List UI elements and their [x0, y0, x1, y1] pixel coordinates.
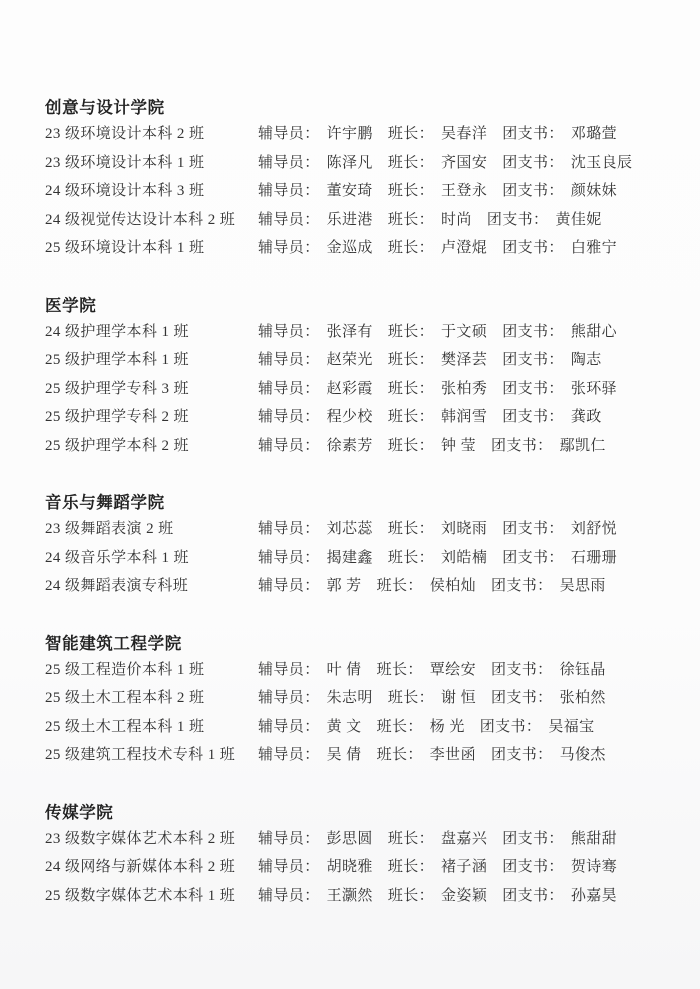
college-section: 医学院 24 级护理学本科 1 班辅导员：张泽有班长：于文硕团支书：熊甜心 25…: [45, 293, 660, 461]
monitor-label: 班长：: [388, 888, 434, 904]
monitor-label: 班长：: [377, 719, 423, 735]
college-section: 音乐与舞蹈学院 23 级舞蹈表演 2 班辅导员：刘芯蕊班长：刘晓雨团支书：刘舒悦…: [45, 490, 660, 601]
secretary-label: 团支书：: [502, 409, 564, 425]
monitor-label: 班长：: [388, 240, 434, 256]
counselor-label: 辅导员：: [258, 888, 320, 904]
counselor-name: 陈泽凡: [327, 155, 373, 171]
monitor-name: 覃绘安: [430, 662, 476, 678]
monitor-name: 刘晓雨: [441, 521, 487, 537]
counselor-name: 郭 芳: [327, 578, 362, 594]
class-name: 25 级土木工程本科 1 班: [45, 713, 258, 742]
officers: 辅导员：揭建鑫班长：刘皓楠团支书：石珊珊: [258, 550, 617, 566]
secretary-label: 团支书：: [491, 662, 553, 678]
class-row: 24 级视觉传达设计本科 2 班辅导员：乐进港班长：时尚团支书：黄佳妮: [45, 206, 660, 235]
monitor-name: 于文硕: [441, 324, 487, 340]
counselor-name: 程少校: [327, 409, 373, 425]
class-name: 23 级数字媒体艺术本科 2 班: [45, 825, 258, 854]
secretary-name: 沈玉良辰: [571, 155, 633, 171]
monitor-label: 班长：: [388, 831, 434, 847]
counselor-label: 辅导员：: [258, 212, 320, 228]
monitor-name: 樊泽芸: [441, 352, 487, 368]
monitor-name: 金姿颖: [441, 888, 487, 904]
secretary-name: 贺诗骞: [571, 859, 617, 875]
college-title: 医学院: [45, 293, 660, 318]
counselor-name: 乐进港: [327, 212, 373, 228]
monitor-label: 班长：: [388, 409, 434, 425]
monitor-name: 吴春洋: [441, 126, 487, 142]
class-row: 24 级环境设计本科 3 班辅导员：董安琦班长：王登永团支书：颜妹妹: [45, 177, 660, 206]
college-section: 传媒学院 23 级数字媒体艺术本科 2 班辅导员：彭思圆班长：盘嘉兴团支书：熊甜…: [45, 800, 660, 911]
secretary-name: 张柏然: [560, 690, 606, 706]
counselor-label: 辅导员：: [258, 662, 320, 678]
college-title: 传媒学院: [45, 800, 660, 825]
officers: 辅导员：刘芯蕊班长：刘晓雨团支书：刘舒悦: [258, 521, 617, 537]
class-row: 23 级环境设计本科 1 班辅导员：陈泽凡班长：齐国安团支书：沈玉良辰: [45, 149, 660, 178]
monitor-label: 班长：: [388, 690, 434, 706]
class-row: 23 级数字媒体艺术本科 2 班辅导员：彭思圆班长：盘嘉兴团支书：熊甜甜: [45, 825, 660, 854]
secretary-label: 团支书：: [491, 438, 553, 454]
officers: 辅导员：王灏然班长：金姿颖团支书：孙嘉昊: [258, 888, 617, 904]
counselor-name: 吴 倩: [327, 747, 362, 763]
secretary-name: 鄢凯仁: [560, 438, 606, 454]
class-row: 25 级护理学专科 2 班辅导员：程少校班长：韩润雪团支书：龚政: [45, 403, 660, 432]
counselor-name: 刘芯蕊: [327, 521, 373, 537]
class-name: 25 级工程造价本科 1 班: [45, 656, 258, 685]
secretary-name: 陶志: [571, 352, 602, 368]
counselor-name: 王灏然: [327, 888, 373, 904]
counselor-label: 辅导员：: [258, 352, 320, 368]
class-name: 24 级网络与新媒体本科 2 班: [45, 853, 258, 882]
counselor-name: 胡晓雅: [327, 859, 373, 875]
class-row: 25 级土木工程本科 2 班辅导员：朱志明班长：谢 恒团支书：张柏然: [45, 684, 660, 713]
secretary-label: 团支书：: [491, 747, 553, 763]
officers: 辅导员：陈泽凡班长：齐国安团支书：沈玉良辰: [258, 155, 632, 171]
counselor-label: 辅导员：: [258, 550, 320, 566]
monitor-label: 班长：: [377, 747, 423, 763]
monitor-name: 张柏秀: [441, 381, 487, 397]
officers: 辅导员：董安琦班长：王登永团支书：颜妹妹: [258, 183, 617, 199]
monitor-name: 王登永: [441, 183, 487, 199]
counselor-label: 辅导员：: [258, 859, 320, 875]
monitor-label: 班长：: [388, 212, 434, 228]
class-row: 25 级护理学本科 1 班辅导员：赵荣光班长：樊泽芸团支书：陶志: [45, 346, 660, 375]
monitor-name: 李世函: [430, 747, 476, 763]
class-name: 23 级环境设计本科 1 班: [45, 149, 258, 178]
officers: 辅导员：金巡成班长：卢澄焜团支书：白雅宁: [258, 240, 617, 256]
class-row: 25 级建筑工程技术专科 1 班辅导员：吴 倩班长：李世函团支书：马俊杰: [45, 741, 660, 770]
secretary-label: 团支书：: [491, 578, 553, 594]
class-name: 25 级数字媒体艺术本科 1 班: [45, 882, 258, 911]
officers: 辅导员：乐进港班长：时尚团支书：黄佳妮: [258, 212, 602, 228]
secretary-name: 龚政: [571, 409, 602, 425]
class-name: 24 级护理学本科 1 班: [45, 318, 258, 347]
secretary-label: 团支书：: [502, 324, 564, 340]
officers: 辅导员：郭 芳班长：侯柏灿团支书：吴思雨: [258, 578, 606, 594]
monitor-name: 谢 恒: [441, 690, 476, 706]
monitor-name: 韩润雪: [441, 409, 487, 425]
officers: 辅导员：赵彩霞班长：张柏秀团支书：张环驿: [258, 381, 617, 397]
secretary-label: 团支书：: [502, 240, 564, 256]
counselor-label: 辅导员：: [258, 155, 320, 171]
counselor-label: 辅导员：: [258, 747, 320, 763]
monitor-label: 班长：: [377, 578, 423, 594]
class-name: 24 级环境设计本科 3 班: [45, 177, 258, 206]
secretary-label: 团支书：: [502, 381, 564, 397]
class-row: 25 级数字媒体艺术本科 1 班辅导员：王灏然班长：金姿颖团支书：孙嘉昊: [45, 882, 660, 911]
class-name: 23 级舞蹈表演 2 班: [45, 515, 258, 544]
officers: 辅导员：彭思圆班长：盘嘉兴团支书：熊甜甜: [258, 831, 617, 847]
monitor-label: 班长：: [388, 183, 434, 199]
college-title: 音乐与舞蹈学院: [45, 490, 660, 515]
section-rows: 25 级工程造价本科 1 班辅导员：叶 倩班长：覃绘安团支书：徐钰晶 25 级土…: [45, 656, 660, 770]
monitor-name: 卢澄焜: [441, 240, 487, 256]
secretary-label: 团支书：: [502, 859, 564, 875]
monitor-name: 时尚: [441, 212, 472, 228]
secretary-name: 张环驿: [571, 381, 617, 397]
monitor-name: 侯柏灿: [430, 578, 476, 594]
class-name: 25 级护理学专科 2 班: [45, 403, 258, 432]
counselor-name: 金巡成: [327, 240, 373, 256]
officers: 辅导员：吴 倩班长：李世函团支书：马俊杰: [258, 747, 606, 763]
monitor-label: 班长：: [388, 381, 434, 397]
secretary-name: 孙嘉昊: [571, 888, 617, 904]
officers: 辅导员：程少校班长：韩润雪团支书：龚政: [258, 409, 602, 425]
college-title: 创意与设计学院: [45, 95, 660, 120]
officers: 辅导员：徐素芳班长：钟 莹团支书：鄢凯仁: [258, 438, 606, 454]
secretary-name: 邓璐萱: [571, 126, 617, 142]
secretary-label: 团支书：: [491, 690, 553, 706]
class-name: 25 级建筑工程技术专科 1 班: [45, 741, 258, 770]
monitor-label: 班长：: [388, 324, 434, 340]
secretary-label: 团支书：: [502, 550, 564, 566]
counselor-name: 徐素芳: [327, 438, 373, 454]
secretary-name: 马俊杰: [560, 747, 606, 763]
monitor-label: 班长：: [388, 550, 434, 566]
officers: 辅导员：黄 文班长：杨 光团支书：吴福宝: [258, 719, 595, 735]
officers: 辅导员：朱志明班长：谢 恒团支书：张柏然: [258, 690, 606, 706]
college-title: 智能建筑工程学院: [45, 631, 660, 656]
secretary-label: 团支书：: [480, 719, 542, 735]
secretary-label: 团支书：: [502, 888, 564, 904]
counselor-label: 辅导员：: [258, 324, 320, 340]
class-name: 25 级护理学本科 2 班: [45, 432, 258, 461]
section-rows: 24 级护理学本科 1 班辅导员：张泽有班长：于文硕团支书：熊甜心 25 级护理…: [45, 318, 660, 461]
counselor-name: 黄 文: [327, 719, 362, 735]
college-section: 智能建筑工程学院 25 级工程造价本科 1 班辅导员：叶 倩班长：覃绘安团支书：…: [45, 631, 660, 770]
class-name: 25 级土木工程本科 2 班: [45, 684, 258, 713]
secretary-name: 吴福宝: [548, 719, 594, 735]
class-row: 24 级音乐学本科 1 班辅导员：揭建鑫班长：刘皓楠团支书：石珊珊: [45, 544, 660, 573]
monitor-name: 盘嘉兴: [441, 831, 487, 847]
monitor-name: 杨 光: [430, 719, 465, 735]
college-section: 创意与设计学院 23 级环境设计本科 2 班辅导员：许宇鹏班长：吴春洋团支书：邓…: [45, 95, 660, 263]
secretary-name: 吴思雨: [560, 578, 606, 594]
secretary-name: 颜妹妹: [571, 183, 617, 199]
monitor-name: 钟 莹: [441, 438, 476, 454]
counselor-label: 辅导员：: [258, 831, 320, 847]
monitor-label: 班长：: [377, 662, 423, 678]
class-name: 24 级音乐学本科 1 班: [45, 544, 258, 573]
counselor-label: 辅导员：: [258, 240, 320, 256]
class-row: 24 级舞蹈表演专科班辅导员：郭 芳班长：侯柏灿团支书：吴思雨: [45, 572, 660, 601]
class-name: 25 级护理学本科 1 班: [45, 346, 258, 375]
document-page: 创意与设计学院 23 级环境设计本科 2 班辅导员：许宇鹏班长：吴春洋团支书：邓…: [0, 0, 700, 989]
section-rows: 23 级环境设计本科 2 班辅导员：许宇鹏班长：吴春洋团支书：邓璐萱 23 级环…: [45, 120, 660, 263]
counselor-label: 辅导员：: [258, 578, 320, 594]
class-name: 23 级环境设计本科 2 班: [45, 120, 258, 149]
counselor-label: 辅导员：: [258, 521, 320, 537]
secretary-name: 石珊珊: [571, 550, 617, 566]
counselor-label: 辅导员：: [258, 381, 320, 397]
class-name: 24 级视觉传达设计本科 2 班: [45, 206, 258, 235]
counselor-name: 彭思圆: [327, 831, 373, 847]
counselor-label: 辅导员：: [258, 126, 320, 142]
class-row: 25 级环境设计本科 1 班辅导员：金巡成班长：卢澄焜团支书：白雅宁: [45, 234, 660, 263]
counselor-label: 辅导员：: [258, 690, 320, 706]
class-row: 25 级土木工程本科 1 班辅导员：黄 文班长：杨 光团支书：吴福宝: [45, 713, 660, 742]
class-row: 24 级网络与新媒体本科 2 班辅导员：胡晓雅班长：褚子涵团支书：贺诗骞: [45, 853, 660, 882]
secretary-label: 团支书：: [502, 521, 564, 537]
counselor-label: 辅导员：: [258, 438, 320, 454]
monitor-label: 班长：: [388, 155, 434, 171]
secretary-label: 团支书：: [502, 183, 564, 199]
class-row: 25 级工程造价本科 1 班辅导员：叶 倩班长：覃绘安团支书：徐钰晶: [45, 656, 660, 685]
monitor-name: 齐国安: [441, 155, 487, 171]
monitor-label: 班长：: [388, 438, 434, 454]
monitor-name: 褚子涵: [441, 859, 487, 875]
counselor-name: 朱志明: [327, 690, 373, 706]
officers: 辅导员：张泽有班长：于文硕团支书：熊甜心: [258, 324, 617, 340]
class-row: 23 级环境设计本科 2 班辅导员：许宇鹏班长：吴春洋团支书：邓璐萱: [45, 120, 660, 149]
class-row: 24 级护理学本科 1 班辅导员：张泽有班长：于文硕团支书：熊甜心: [45, 318, 660, 347]
class-name: 25 级护理学专科 3 班: [45, 375, 258, 404]
counselor-name: 赵彩霞: [327, 381, 373, 397]
counselor-label: 辅导员：: [258, 183, 320, 199]
monitor-label: 班长：: [388, 521, 434, 537]
counselor-name: 叶 倩: [327, 662, 362, 678]
class-name: 24 级舞蹈表演专科班: [45, 572, 258, 601]
monitor-label: 班长：: [388, 352, 434, 368]
secretary-name: 白雅宁: [571, 240, 617, 256]
monitor-label: 班长：: [388, 126, 434, 142]
counselor-name: 张泽有: [327, 324, 373, 340]
secretary-label: 团支书：: [502, 155, 564, 171]
class-row: 25 级护理学专科 3 班辅导员：赵彩霞班长：张柏秀团支书：张环驿: [45, 375, 660, 404]
section-rows: 23 级舞蹈表演 2 班辅导员：刘芯蕊班长：刘晓雨团支书：刘舒悦 24 级音乐学…: [45, 515, 660, 601]
officers: 辅导员：叶 倩班长：覃绘安团支书：徐钰晶: [258, 662, 606, 678]
monitor-label: 班长：: [388, 859, 434, 875]
officers: 辅导员：胡晓雅班长：褚子涵团支书：贺诗骞: [258, 859, 617, 875]
secretary-label: 团支书：: [487, 212, 549, 228]
officers: 辅导员：许宇鹏班长：吴春洋团支书：邓璐萱: [258, 126, 617, 142]
counselor-name: 许宇鹏: [327, 126, 373, 142]
class-row: 23 级舞蹈表演 2 班辅导员：刘芯蕊班长：刘晓雨团支书：刘舒悦: [45, 515, 660, 544]
secretary-name: 熊甜心: [571, 324, 617, 340]
counselor-name: 揭建鑫: [327, 550, 373, 566]
class-name: 25 级环境设计本科 1 班: [45, 234, 258, 263]
counselor-name: 赵荣光: [327, 352, 373, 368]
secretary-name: 熊甜甜: [571, 831, 617, 847]
counselor-label: 辅导员：: [258, 719, 320, 735]
counselor-name: 董安琦: [327, 183, 373, 199]
section-rows: 23 级数字媒体艺术本科 2 班辅导员：彭思圆班长：盘嘉兴团支书：熊甜甜 24 …: [45, 825, 660, 911]
secretary-label: 团支书：: [502, 352, 564, 368]
secretary-name: 黄佳妮: [555, 212, 601, 228]
secretary-label: 团支书：: [502, 831, 564, 847]
counselor-label: 辅导员：: [258, 409, 320, 425]
secretary-label: 团支书：: [502, 126, 564, 142]
officers: 辅导员：赵荣光班长：樊泽芸团支书：陶志: [258, 352, 602, 368]
secretary-name: 刘舒悦: [571, 521, 617, 537]
secretary-name: 徐钰晶: [560, 662, 606, 678]
class-row: 25 级护理学本科 2 班辅导员：徐素芳班长：钟 莹团支书：鄢凯仁: [45, 432, 660, 461]
monitor-name: 刘皓楠: [441, 550, 487, 566]
